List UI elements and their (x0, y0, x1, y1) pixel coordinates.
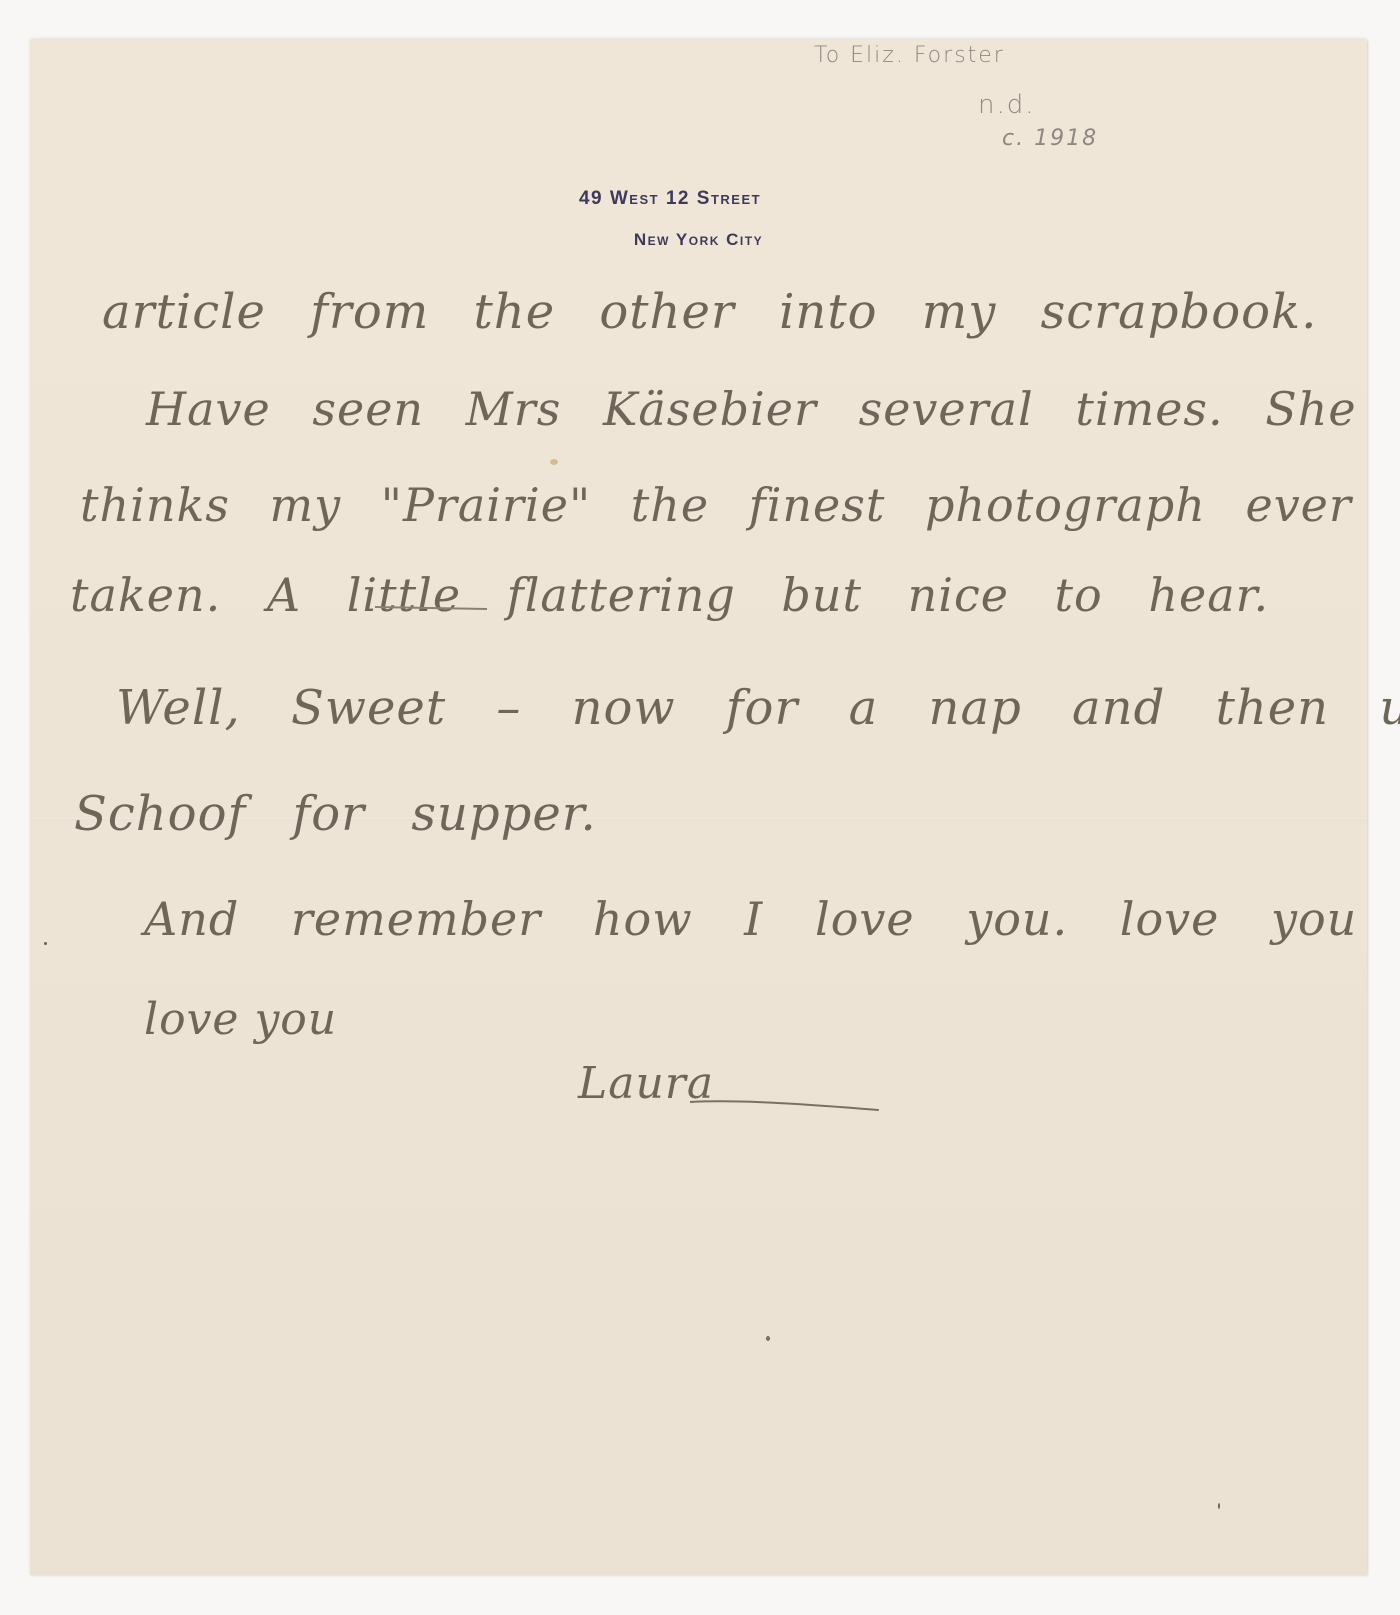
handwritten-line-1: article from the other into my scrapbook… (102, 284, 1317, 340)
handwritten-line-7: And remember how I love you. love you (144, 892, 1357, 946)
pencil-recipient-note: To Eliz. Forster (814, 43, 1005, 68)
letter-page: To Eliz. Forster n.d. c. 1918 49 West 12… (30, 40, 1367, 1575)
paper-speck (1218, 1503, 1220, 1509)
letterhead-city: New York City (30, 230, 1367, 250)
letterhead-street-text: 49 West 12 Street (579, 188, 761, 210)
handwritten-line-8: love you (144, 994, 337, 1045)
paper-stain (550, 459, 558, 465)
handwritten-line-6: Schoof for supper. (74, 786, 597, 842)
signature-flourish-icon (690, 1098, 880, 1112)
handwritten-line-2: Have seen Mrs Käsebier several times. Sh… (146, 382, 1357, 436)
handwritten-line-5: Well, Sweet – now for a nap and then up … (116, 680, 1400, 736)
paper-speck (44, 942, 47, 945)
paper-speck (766, 1336, 770, 1341)
handwritten-line-3: thinks my "Prairie" the finest photograp… (80, 478, 1352, 532)
handwritten-line-4: taken. A little flattering but nice to h… (70, 568, 1269, 622)
pencil-no-date-note: n.d. (978, 90, 1036, 120)
pencil-circa-date-note: c. 1918 (1002, 126, 1098, 151)
